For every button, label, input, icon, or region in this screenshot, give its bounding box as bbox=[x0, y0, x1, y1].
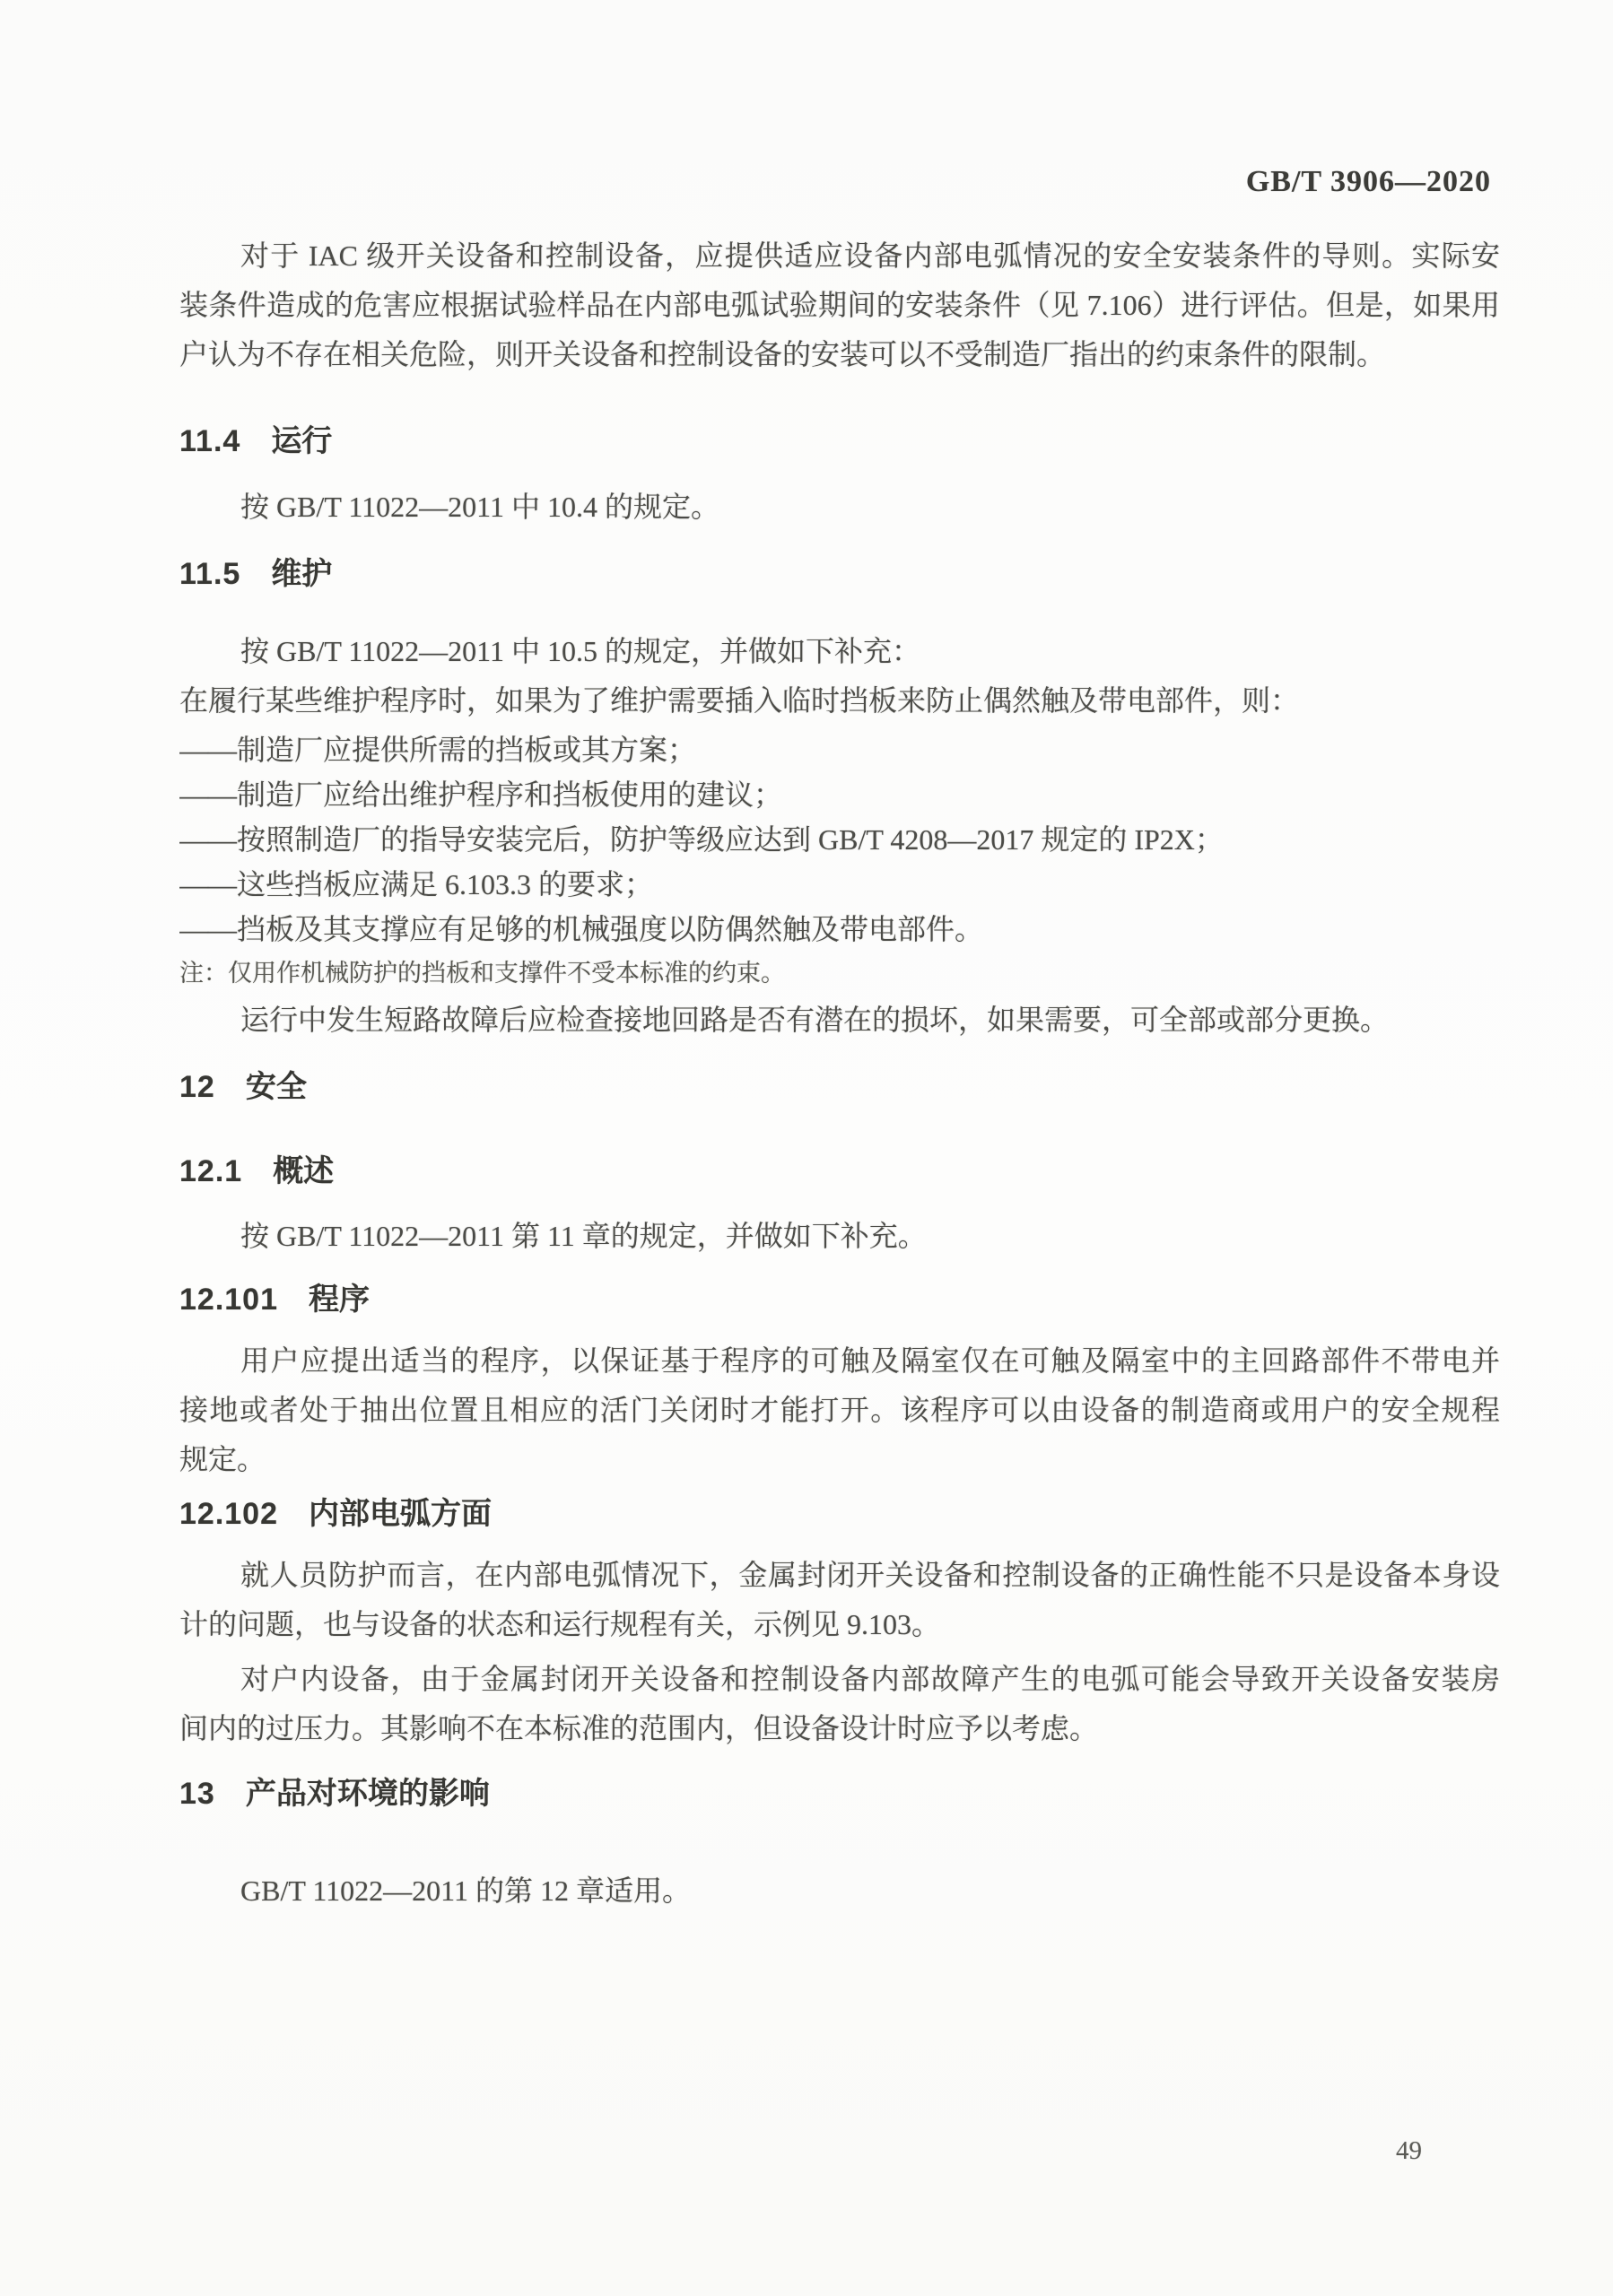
paragraph-procedure: 用户应提出适当的程序，以保证基于程序的可触及隔室仅在可触及隔室中的主回路部件不带… bbox=[179, 1336, 1500, 1484]
text-line: 接地或者处于抽出位置且相应的活门关闭时才能打开。该程序可以由设备的制造商或用户的… bbox=[179, 1386, 1500, 1435]
heading-number: 12.102 bbox=[179, 1497, 278, 1531]
text-line: 对户内设备，由于金属封闭开关设备和控制设备内部故障产生的电弧可能会导致开关设备安… bbox=[179, 1655, 1500, 1704]
chapter-heading-12: 12安全 bbox=[179, 1068, 1500, 1106]
paragraph-temporary-barrier: 在履行某些维护程序时，如果为了维护需要插入临时挡板来防止偶然触及带电部件，则： bbox=[179, 676, 1500, 726]
dash-item: ——制造厂应提供所需的挡板或其方案； bbox=[179, 727, 1500, 772]
paragraph-safety-overview: 按 GB/T 11022—2011 第 11 章的规定，并做如下补充。 bbox=[179, 1212, 1500, 1261]
dash-item: ——挡板及其支撑应有足够的机械强度以防偶然触及带电部件。 bbox=[179, 907, 1500, 952]
text-line: 计的问题，也与设备的状态和运行规程有关，示例见 9.103。 bbox=[179, 1600, 1500, 1649]
heading-title: 产品对环境的影响 bbox=[246, 1777, 490, 1811]
heading-title: 安全 bbox=[246, 1070, 307, 1104]
paragraph-iac-guidance: 对于 IAC 级开关设备和控制设备，应提供适应设备内部电弧情况的安全安装条件的导… bbox=[179, 231, 1500, 379]
heading-title: 内部电弧方面 bbox=[309, 1497, 492, 1531]
text-line: 对于 IAC 级开关设备和控制设备，应提供适应设备内部电弧情况的安全安装条件的导… bbox=[179, 231, 1500, 281]
paragraph-indoor-equipment: 对户内设备，由于金属封闭开关设备和控制设备内部故障产生的电弧可能会导致开关设备安… bbox=[179, 1655, 1500, 1753]
paragraph-short-circuit: 运行中发生短路故障后应检查接地回路是否有潜在的损坏，如果需要，可全部或部分更换。 bbox=[179, 996, 1500, 1045]
dash-item: ——这些挡板应满足 6.103.3 的要求； bbox=[179, 862, 1500, 907]
heading-number: 12.101 bbox=[179, 1283, 278, 1317]
heading-title: 运行 bbox=[271, 424, 332, 458]
note-text: 注：仅用作机械防护的挡板和支撑件不受本标准的约束。 bbox=[179, 953, 1500, 994]
heading-number: 12 bbox=[179, 1070, 215, 1104]
paragraph-maintenance-intro: 按 GB/T 11022—2011 中 10.5 的规定，并做如下补充： bbox=[179, 627, 1500, 676]
paragraph-environment: GB/T 11022—2011 的第 12 章适用。 bbox=[179, 1866, 1500, 1916]
text-line: 间内的过压力。其影响不在本标准的范围内，但设备设计时应予以考虑。 bbox=[179, 1704, 1500, 1753]
document-content: 对于 IAC 级开关设备和控制设备，应提供适应设备内部电弧情况的安全安装条件的导… bbox=[179, 0, 1500, 1916]
heading-number: 13 bbox=[179, 1777, 215, 1811]
heading-title: 程序 bbox=[309, 1283, 370, 1317]
heading-number: 11.5 bbox=[179, 557, 240, 591]
scanned-standard-page: GB/T 3906—2020 对于 IAC 级开关设备和控制设备，应提供适应设备… bbox=[0, 0, 1613, 2296]
section-heading-12-101: 12.101程序 bbox=[179, 1281, 1500, 1318]
heading-number: 11.4 bbox=[179, 424, 240, 458]
text-line: 装条件造成的危害应根据试验样品在内部电弧试验期间的安装条件（见 7.106）进行… bbox=[179, 281, 1500, 330]
section-heading-11-5: 11.5维护 bbox=[179, 555, 1500, 593]
section-heading-11-4: 11.4运行 bbox=[179, 422, 1500, 460]
text-line: 户认为不存在相关危险，则开关设备和控制设备的安装可以不受制造厂指出的约束条件的限… bbox=[179, 330, 1500, 379]
paragraph-personnel-protection: 就人员防护而言，在内部电弧情况下，金属封闭开关设备和控制设备的正确性能不只是设备… bbox=[179, 1551, 1500, 1649]
page-number: 49 bbox=[1396, 2136, 1422, 2166]
heading-number: 12.1 bbox=[179, 1154, 242, 1188]
text-line: 就人员防护而言，在内部电弧情况下，金属封闭开关设备和控制设备的正确性能不只是设备… bbox=[179, 1551, 1500, 1600]
heading-title: 概述 bbox=[273, 1154, 334, 1188]
section-heading-12-1: 12.1概述 bbox=[179, 1152, 1500, 1190]
dash-item: ——按照制造厂的指导安装完后，防护等级应达到 GB/T 4208—2017 规定… bbox=[179, 817, 1500, 862]
dash-item: ——制造厂应给出维护程序和挡板使用的建议； bbox=[179, 772, 1500, 817]
text-line: 规定。 bbox=[179, 1435, 1500, 1484]
dash-list: ——制造厂应提供所需的挡板或其方案； ——制造厂应给出维护程序和挡板使用的建议；… bbox=[179, 727, 1500, 952]
chapter-heading-13: 13产品对环境的影响 bbox=[179, 1775, 1500, 1813]
text-line: 用户应提出适当的程序，以保证基于程序的可触及隔室仅在可触及隔室中的主回路部件不带… bbox=[179, 1336, 1500, 1386]
section-heading-12-102: 12.102内部电弧方面 bbox=[179, 1495, 1500, 1533]
heading-title: 维护 bbox=[271, 557, 332, 591]
paragraph-operation: 按 GB/T 11022—2011 中 10.4 的规定。 bbox=[179, 483, 1500, 532]
